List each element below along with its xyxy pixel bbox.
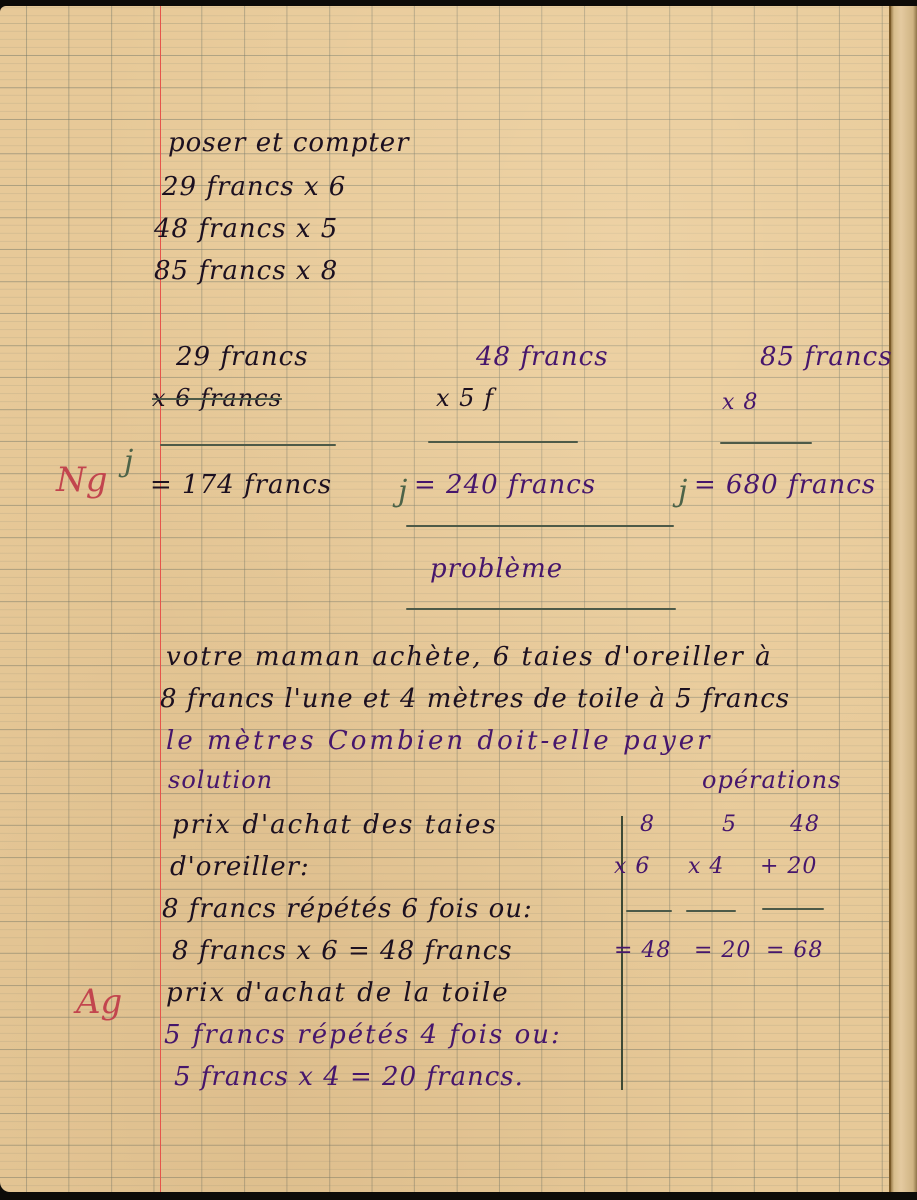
operation-2-result: = 20 [694,938,751,963]
solution-line-6: 5 francs répétés 4 fois ou: [164,1020,562,1050]
computation-2-rule [428,441,578,443]
computation-3-rule [720,442,812,444]
computation-1-top: 29 francs [176,342,309,372]
computation-2-result: = 240 francs [414,470,596,500]
operation-3-mult: + 20 [760,854,817,879]
operation-3-rule [762,908,824,910]
computation-1-result: = 174 francs [150,470,332,500]
notebook-page-scan: poser et compter 29 francs x 6 48 francs… [0,0,917,1200]
operation-1-mult: x 6 [614,854,650,879]
computation-1-rule [160,444,336,446]
computation-3-top: 85 francs [760,342,893,372]
operation-1-rule [626,910,672,912]
teacher-check-mark-3: j [678,474,687,509]
solution-label: solution [168,766,273,794]
squared-paper-sheet [0,6,898,1192]
solution-line-4: 8 francs x 6 = 48 francs [172,936,513,966]
teacher-check-mark-2: j [398,474,407,509]
computation-1-mult: x 6 francs [152,384,282,412]
exercise-line-2: 48 francs x 5 [154,214,338,244]
operation-2-rule [686,910,736,912]
computation-2-mult: x 5 f [436,384,494,412]
operation-1-top: 8 [640,812,655,837]
teacher-check-mark-1: j [124,444,133,479]
operation-2-top: 5 [722,812,737,837]
notebook-binding [889,6,917,1192]
red-margin-line [160,6,161,1192]
computation-3-result: = 680 francs [694,470,876,500]
teacher-grade-mark-1: Ng [56,460,108,500]
solution-line-3: 8 francs répétés 6 fois ou: [162,894,533,924]
exercise-heading: poser et compter [168,128,410,158]
computation-2-top: 48 francs [476,342,609,372]
operations-label: opérations [702,766,841,794]
solution-line-7: 5 francs x 4 = 20 francs. [174,1062,524,1092]
exercise-line-3: 85 francs x 8 [154,256,338,286]
computation-3-mult: x 8 [722,390,758,415]
section-rule-upper [406,525,674,527]
operation-3-top: 48 [790,812,820,837]
solution-line-2: d'oreiller: [170,852,310,882]
problem-statement-line-2: 8 francs l'une et 4 mètres de toile à 5 … [160,684,790,714]
problem-title: problème [430,554,563,584]
problem-statement-line-3: le mètres Combien doit-elle payer [166,726,713,756]
operation-3-result: = 68 [766,938,823,963]
operation-1-result: = 48 [614,938,671,963]
solution-line-1: prix d'achat des taies [172,810,498,840]
solution-line-5: prix d'achat de la toile [166,978,510,1008]
section-rule-lower [406,608,676,610]
problem-statement-line-1: votre maman achète, 6 taies d'oreiller à [166,642,773,672]
operation-2-mult: x 4 [688,854,724,879]
teacher-grade-mark-2: Ag [76,982,122,1022]
exercise-line-1: 29 francs x 6 [162,172,346,202]
